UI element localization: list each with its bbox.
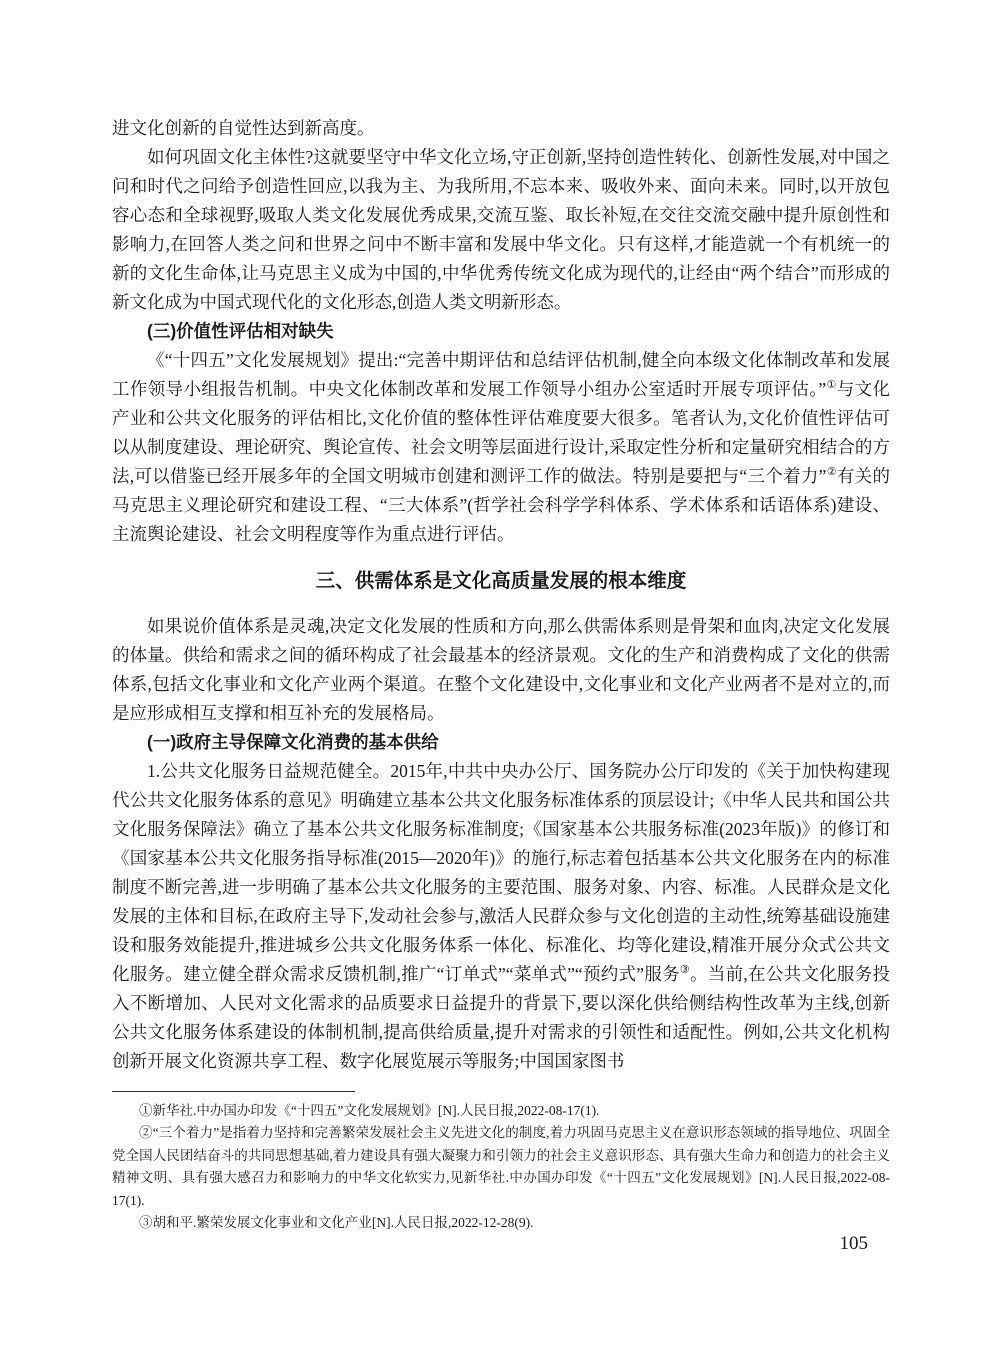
subsection-heading: (一)政府主导保障文化消费的基本供给 (112, 728, 890, 757)
footnote-item: ①新华社.中办国办印发《“十四五”文化发展规划》[N].人民日报,2022-08… (112, 1100, 890, 1122)
article-body: 进文化创新的自觉性达到新高度。如何巩固文化主体性?这就要坚守中华文化立场,守正创… (112, 114, 890, 1076)
document-page: 进文化创新的自觉性达到新高度。如何巩固文化主体性?这就要坚守中华文化立场,守正创… (0, 0, 1000, 1347)
footnote-item: ③胡和平.繁荣发展文化事业和文化产业[N].人民日报,2022-12-28(9)… (112, 1212, 890, 1234)
footnote-separator (112, 1091, 355, 1092)
body-paragraph: 如果说价值体系是灵魂,决定文化发展的性质和方向,那么供需体系则是骨架和血肉,决定… (112, 612, 890, 728)
body-paragraph: 如何巩固文化主体性?这就要坚守中华文化立场,守正创新,坚持创造性转化、创新性发展… (112, 143, 890, 317)
footnote-item: ②“三个着力”是指着力坚持和完善繁荣发展社会主义先进文化的制度,着力巩固马克思主… (112, 1122, 890, 1212)
body-paragraph: 进文化创新的自觉性达到新高度。 (112, 114, 890, 143)
body-paragraph: 1.公共文化服务日益规范健全。2015年,中共中央办公厅、国务院办公厅印发的《关… (112, 757, 890, 1076)
body-paragraph: 《“十四五”文化发展规划》提出:“完善中期评估和总结评估机制,健全向本级文化体制… (112, 346, 890, 549)
footnote-ref: ② (826, 466, 836, 478)
footnote-area: ①新华社.中办国办印发《“十四五”文化发展规划》[N].人民日报,2022-08… (112, 1082, 890, 1234)
subsection-heading: (三)价值性评估相对缺失 (112, 317, 890, 346)
footnote-ref: ③ (680, 964, 690, 976)
section-heading: 三、供需体系是文化高质量发展的根本维度 (112, 567, 890, 596)
footnote-ref: ① (826, 379, 837, 391)
page-number: 105 (840, 1233, 869, 1255)
footnotes-list: ①新华社.中办国办印发《“十四五”文化发展规划》[N].人民日报,2022-08… (112, 1100, 890, 1234)
